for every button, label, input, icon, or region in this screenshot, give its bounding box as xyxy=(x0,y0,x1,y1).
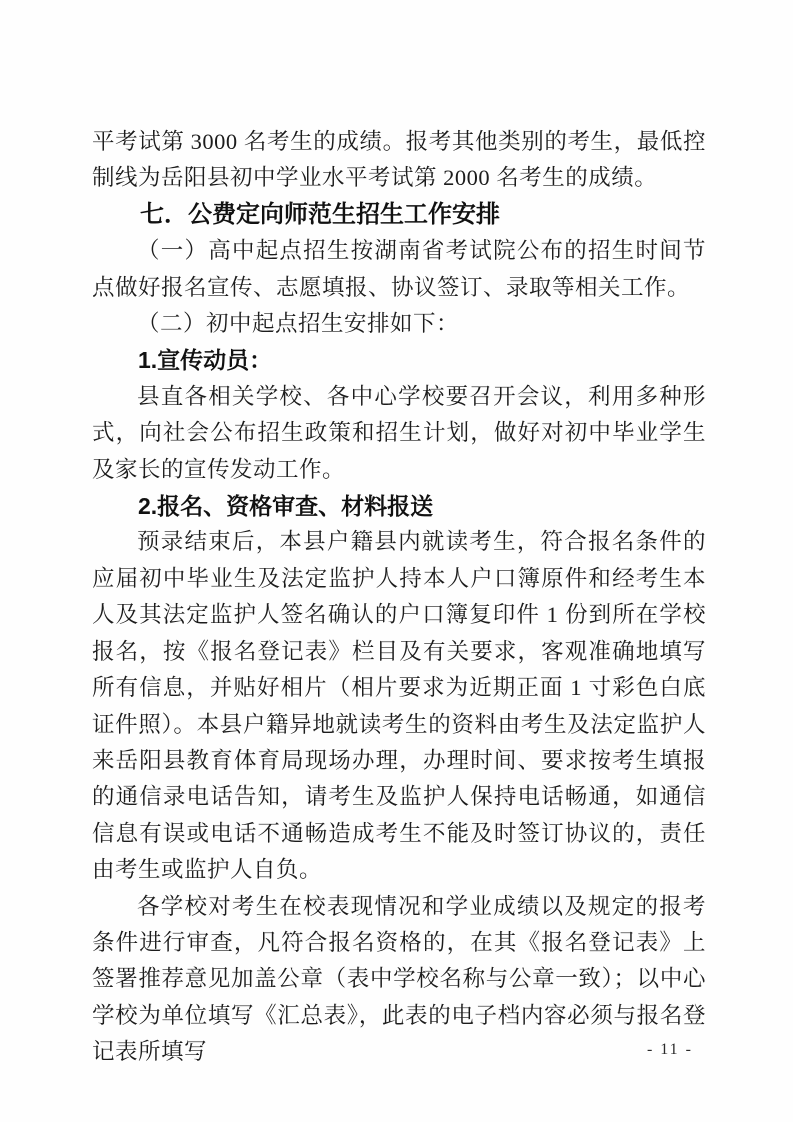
subsection-heading-2: 2.报名、资格审查、材料报送 xyxy=(92,488,706,524)
paragraph-item-1: （一）高中起点招生按湖南省考试院公布的招生时间节点做好报名宣传、志愿填报、协议签… xyxy=(92,233,706,306)
document-body: 平考试第 3000 名考生的成绩。报考其他类别的考生，最低控制线为岳阳县初中学业… xyxy=(92,124,706,1071)
page-number: - 11 - xyxy=(647,1041,693,1059)
subsection-heading-1: 1.宣传动员： xyxy=(92,342,706,378)
paragraph-item-2: （二）初中起点招生安排如下： xyxy=(92,306,706,342)
section-heading: 七．公费定向师范生招生工作安排 xyxy=(92,197,706,233)
paragraph-subsection-2-first: 预录结束后，本县户籍县内就读考生，符合报名条件的应届初中毕业生及法定监护人持本人… xyxy=(92,524,706,888)
paragraph-continuation: 平考试第 3000 名考生的成绩。报考其他类别的考生，最低控制线为岳阳县初中学业… xyxy=(92,124,706,197)
paragraph-subsection-1: 县直各相关学校、各中心学校要召开会议，利用多种形式，向社会公布招生政策和招生计划… xyxy=(92,379,706,488)
document-page: 平考试第 3000 名考生的成绩。报考其他类别的考生，最低控制线为岳阳县初中学业… xyxy=(0,0,793,1122)
paragraph-subsection-2-second: 各学校对考生在校表现情况和学业成绩以及规定的报考条件进行审查，凡符合报名资格的，… xyxy=(92,889,706,1071)
